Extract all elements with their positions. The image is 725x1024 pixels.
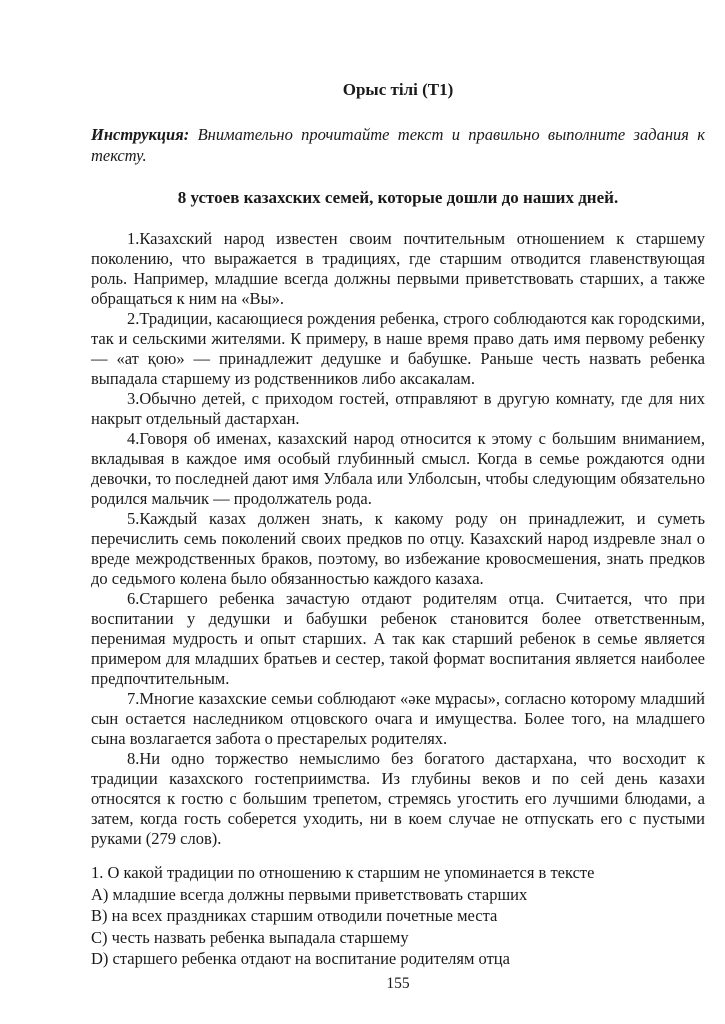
- question-1-option-a: А) младшие всегда должны первыми приветс…: [91, 884, 705, 906]
- paragraph-5: 5.Каждый казах должен знать, к какому ро…: [91, 509, 705, 589]
- reading-text: 1.Казахский народ известен своим почтите…: [91, 229, 705, 849]
- paragraph-8: 8.Ни одно торжество немыслимо без богато…: [91, 749, 705, 849]
- paragraph-2: 2.Традиции, касающиеся рождения ребенка,…: [91, 309, 705, 389]
- text-heading: 8 устоев казахских семей, которые дошли …: [91, 188, 705, 208]
- question-1: 1. О какой традиции по отношению к старш…: [91, 862, 705, 970]
- question-1-prompt: 1. О какой традиции по отношению к старш…: [91, 862, 705, 884]
- paragraph-4: 4.Говоря об именах, казахский народ отно…: [91, 429, 705, 509]
- paragraph-7: 7.Многие казахские семьи соблюдают «әке …: [91, 689, 705, 749]
- paragraph-1: 1.Казахский народ известен своим почтите…: [91, 229, 705, 309]
- instruction-label: Инструкция:: [91, 125, 189, 144]
- paragraph-3: 3.Обычно детей, с приходом гостей, отпра…: [91, 389, 705, 429]
- document-page: Орыс тілі (Т1) Инструкция: Внимательно п…: [0, 0, 725, 1024]
- question-1-option-c: С) честь назвать ребенка выпадала старше…: [91, 927, 705, 949]
- page-number: 155: [91, 975, 705, 993]
- question-1-option-b: В) на всех праздниках старшим отводили п…: [91, 905, 705, 927]
- question-1-option-d: D) старшего ребенка отдают на воспитание…: [91, 948, 705, 970]
- instruction-paragraph: Инструкция: Внимательно прочитайте текст…: [91, 124, 705, 166]
- paragraph-6: 6.Старшего ребенка зачастую отдают родит…: [91, 589, 705, 689]
- document-title: Орыс тілі (Т1): [91, 80, 705, 100]
